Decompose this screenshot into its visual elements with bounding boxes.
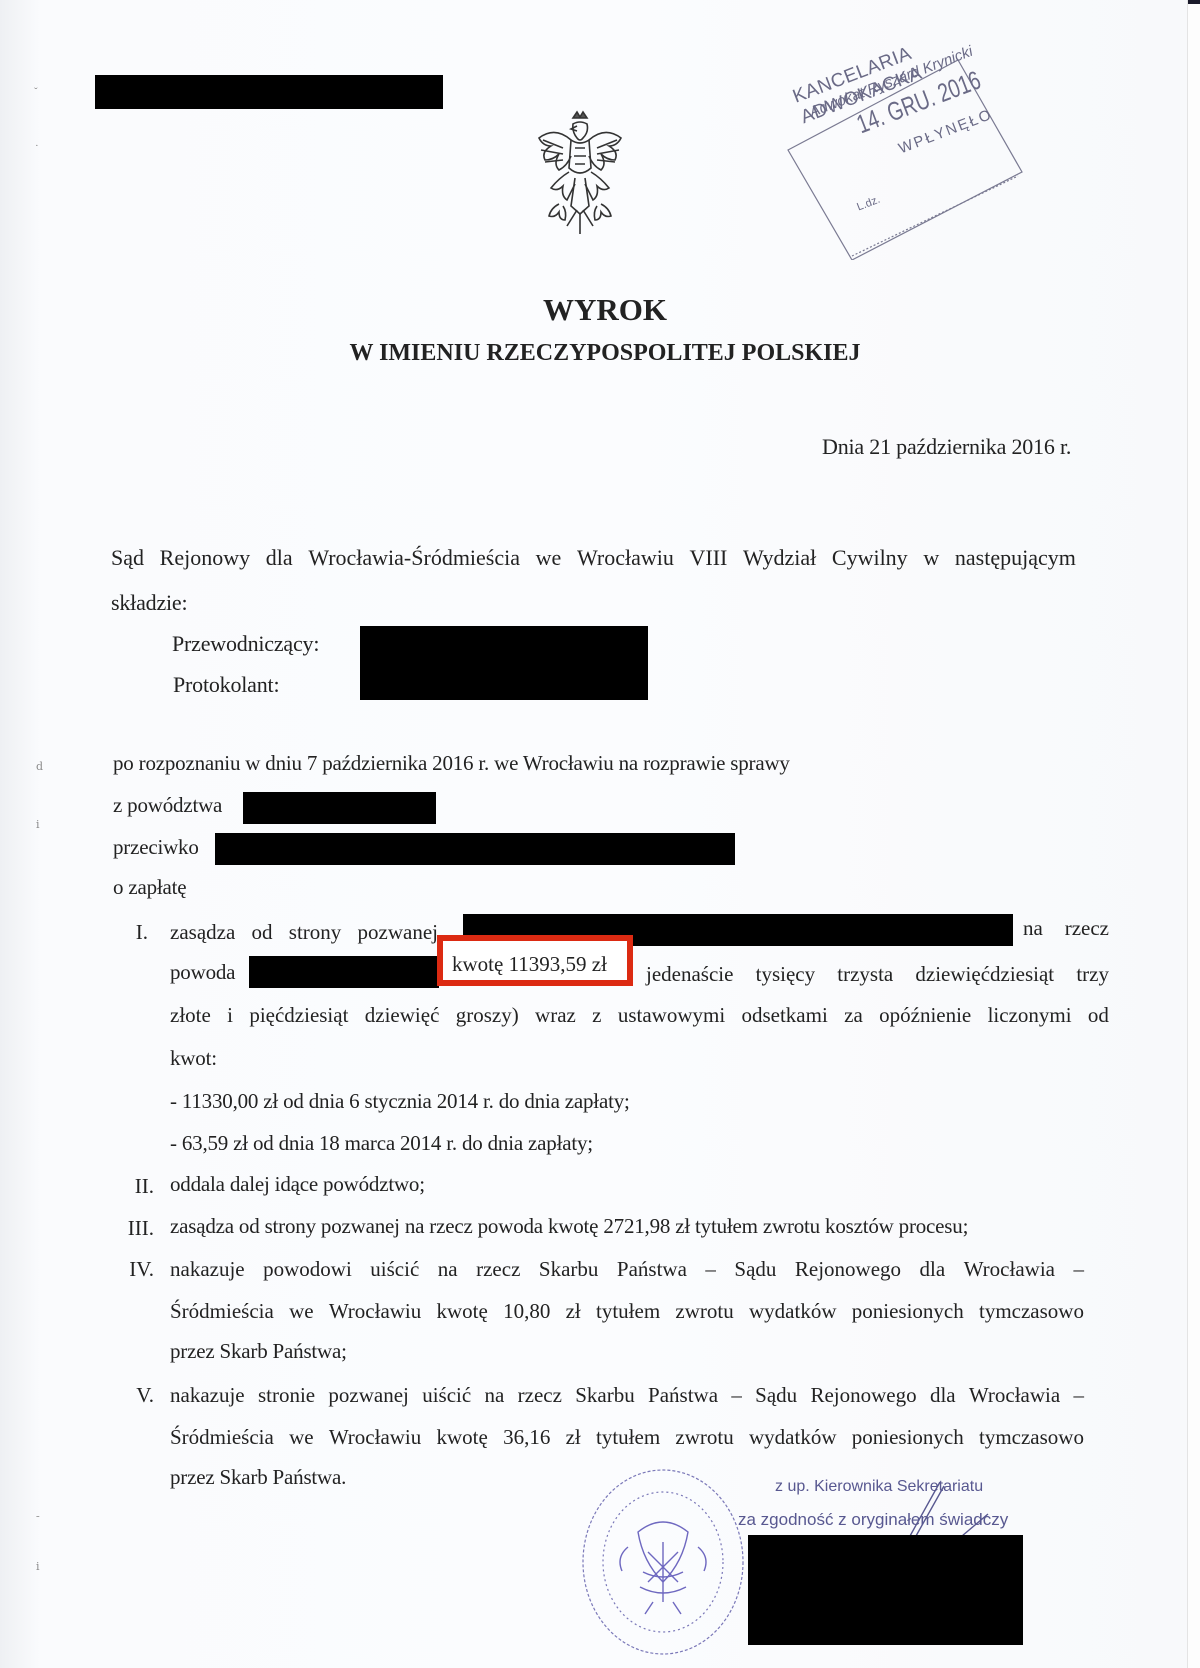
redacted-defendant-name bbox=[215, 833, 735, 865]
ruling-5-line-3: przez Skarb Państwa. bbox=[170, 1467, 346, 1488]
word: pięćdziesiąt bbox=[249, 1003, 348, 1028]
word: zasądza bbox=[170, 920, 235, 945]
word: kwotę bbox=[437, 1299, 488, 1324]
word: Sąd bbox=[111, 545, 144, 571]
word: na bbox=[1023, 916, 1043, 941]
court-seal-icon bbox=[578, 1462, 748, 1657]
word: Sądu bbox=[755, 1383, 797, 1408]
scan-speck: ⅾ bbox=[36, 760, 43, 773]
plaintiff-label: z powództwa bbox=[113, 795, 222, 816]
proceedings-description: po rozpoznaniu w dniu 7 października 201… bbox=[113, 753, 790, 774]
word: tytułem bbox=[596, 1299, 660, 1324]
awarded-amount: kwotę 11393,59 zł bbox=[452, 952, 607, 977]
signature-stroke-icon bbox=[900, 1478, 990, 1538]
word: zł bbox=[566, 1299, 581, 1324]
ruling-4-line-3: przez Skarb Państwa; bbox=[170, 1341, 347, 1362]
redacted-case-number bbox=[95, 75, 443, 109]
word: Skarbu bbox=[575, 1383, 635, 1408]
word: zwrotu bbox=[675, 1299, 733, 1324]
polish-eagle-emblem-icon bbox=[535, 110, 625, 240]
ruling-1-interest-item-2: - 63,59 zł od dnia 18 marca 2014 r. do d… bbox=[170, 1133, 593, 1154]
defendant-label: przeciwko bbox=[113, 837, 199, 858]
word: pozwanej bbox=[358, 920, 438, 945]
word: odsetkami bbox=[741, 1003, 827, 1028]
word: strony bbox=[289, 920, 342, 945]
word: dla bbox=[930, 1383, 956, 1408]
judgment-date: Dnia 21 października 2016 r. bbox=[822, 436, 1071, 458]
word: wydatków bbox=[749, 1299, 837, 1324]
word: Śródmieścia bbox=[170, 1299, 274, 1324]
word: we bbox=[536, 545, 562, 571]
word: zwrotu bbox=[675, 1425, 733, 1450]
word: – bbox=[731, 1383, 742, 1408]
ruling-1-line-1-end: narzecz bbox=[1023, 916, 1109, 941]
word: 10,80 bbox=[503, 1299, 550, 1324]
word: tymczasowo bbox=[979, 1299, 1084, 1324]
highlighted-awarded-amount: kwotę 11393,59 zł bbox=[437, 935, 633, 986]
word: za bbox=[844, 1003, 863, 1028]
ruling-1-amount-in-words: jedenaścietysięcytrzystadziewięćdziesiąt… bbox=[646, 962, 1109, 987]
scan-speck: ⅰ bbox=[36, 818, 40, 831]
word: nakazuje bbox=[170, 1383, 245, 1408]
scan-edge-dark bbox=[1188, 0, 1200, 4]
word: od bbox=[252, 920, 273, 945]
word: trzysta bbox=[837, 962, 893, 987]
word: na bbox=[484, 1383, 504, 1408]
word: – bbox=[1073, 1257, 1084, 1282]
ruling-3-text: zasądza od strony pozwanej na rzecz powo… bbox=[170, 1216, 968, 1237]
word: Rejonowy bbox=[160, 545, 250, 571]
word: Cywilny bbox=[832, 545, 908, 571]
word: dla bbox=[266, 545, 293, 571]
word: tymczasowo bbox=[979, 1425, 1084, 1450]
word: opóźnienie bbox=[879, 1003, 971, 1028]
word: uiścić bbox=[370, 1257, 419, 1282]
ruling-1-interest-item-1: - 11330,00 zł od dnia 6 stycznia 2014 r.… bbox=[170, 1091, 630, 1112]
word: złote bbox=[170, 1003, 211, 1028]
word: Wrocławiu bbox=[577, 545, 674, 571]
court-intro-line: SądRejonowydlaWrocławia-ŚródmieściaweWro… bbox=[111, 545, 1076, 571]
ruling-number-4: IV. bbox=[114, 1257, 154, 1282]
redacted-plaintiff-name bbox=[243, 792, 436, 824]
ruling-1-plaintiff-label: powoda bbox=[170, 962, 235, 983]
scan-speck: - bbox=[36, 1510, 40, 1522]
word: stronie bbox=[258, 1383, 315, 1408]
word: liczonymi bbox=[988, 1003, 1072, 1028]
redacted-clerk-signature bbox=[748, 1535, 1023, 1645]
word: tytułem bbox=[596, 1425, 660, 1450]
word: 36,16 bbox=[503, 1425, 550, 1450]
word: Skarbu bbox=[539, 1257, 599, 1282]
word: poniesionych bbox=[852, 1425, 964, 1450]
ruling-2-text: oddala dalej idące powództwo; bbox=[170, 1174, 425, 1195]
word: Państwa bbox=[617, 1257, 687, 1282]
ruling-5-line-1: nakazujestroniepozwanejuiścićnarzeczSkar… bbox=[170, 1383, 1084, 1408]
word: Wrocławia-Śródmieścia bbox=[308, 545, 520, 571]
redacted-judge-and-clerk-names bbox=[360, 626, 648, 700]
ruling-1-interest-line: złoteipięćdziesiątdziewięćgroszy)wrazzus… bbox=[170, 1003, 1109, 1028]
court-clerk-label: Protokolant: bbox=[173, 674, 279, 696]
word: Wydział bbox=[743, 545, 816, 571]
document-subtitle: W IMIENIU RZECZYPOSPOLITEJ POLSKIEJ bbox=[0, 340, 1200, 367]
scan-speck: ˇ bbox=[34, 86, 38, 98]
word: Rejonowego bbox=[810, 1383, 916, 1408]
ruling-4-line-2: ŚródmieściaweWrocławiukwotę10,80złtytułe… bbox=[170, 1299, 1084, 1324]
word: z bbox=[592, 1003, 601, 1028]
ruling-number-1: I. bbox=[108, 920, 148, 945]
scan-edge bbox=[1187, 0, 1200, 1668]
word: we bbox=[289, 1299, 314, 1324]
word: zł bbox=[566, 1425, 581, 1450]
word: Sądu bbox=[734, 1257, 776, 1282]
word: następującym bbox=[955, 545, 1076, 571]
word: – bbox=[1074, 1383, 1085, 1408]
word: groszy) bbox=[456, 1003, 519, 1028]
word: na bbox=[438, 1257, 458, 1282]
word: nakazuje bbox=[170, 1257, 245, 1282]
ruling-1-line-1-start: zasądzaodstronypozwanej bbox=[170, 920, 438, 945]
scan-speck: · bbox=[35, 140, 39, 152]
word: tysięcy bbox=[756, 962, 815, 987]
word: ustawowymi bbox=[618, 1003, 725, 1028]
scan-speck: ⅰ bbox=[36, 1560, 40, 1573]
word: kwotę bbox=[437, 1425, 488, 1450]
word: – bbox=[705, 1257, 716, 1282]
word: VIII bbox=[690, 545, 728, 571]
ruling-4-line-1: nakazujepowodowiuiścićnarzeczSkarbuPańst… bbox=[170, 1257, 1084, 1282]
presiding-judge-label: Przewodniczący: bbox=[172, 633, 319, 655]
word: we bbox=[289, 1425, 314, 1450]
word: poniesionych bbox=[852, 1299, 964, 1324]
word: trzy bbox=[1076, 962, 1109, 987]
word: i bbox=[227, 1003, 233, 1028]
word: rzecz bbox=[476, 1257, 520, 1282]
word: Wrocławiu bbox=[329, 1425, 421, 1450]
word: Państwa bbox=[648, 1383, 718, 1408]
word: w bbox=[923, 545, 939, 571]
word: Wrocławia bbox=[964, 1257, 1055, 1282]
word: Wrocławiu bbox=[329, 1299, 421, 1324]
ruling-5-line-2: ŚródmieściaweWrocławiukwotę36,16złtytułe… bbox=[170, 1425, 1084, 1450]
ruling-number-5: V. bbox=[114, 1383, 154, 1408]
stamp-ldz-label: L.dz. bbox=[855, 194, 882, 214]
word: Rejonowego bbox=[795, 1257, 901, 1282]
document-title: WYROK bbox=[0, 292, 1200, 328]
word: dla bbox=[920, 1257, 946, 1282]
ruling-1-amounts-label: kwot: bbox=[170, 1048, 217, 1069]
word: Wrocławia bbox=[969, 1383, 1060, 1408]
court-intro-continuation: składzie: bbox=[111, 592, 187, 614]
word: wraz bbox=[535, 1003, 576, 1028]
ruling-number-2: II. bbox=[114, 1174, 154, 1199]
word: Śródmieścia bbox=[170, 1425, 274, 1450]
redacted-plaintiff-name-ruling bbox=[249, 956, 439, 988]
word: pozwanej bbox=[328, 1383, 408, 1408]
word: powodowi bbox=[263, 1257, 352, 1282]
word: dziewięć bbox=[365, 1003, 440, 1028]
word: uiścić bbox=[422, 1383, 471, 1408]
word: rzecz bbox=[1065, 916, 1109, 941]
case-subject: o zapłatę bbox=[113, 877, 186, 898]
word: jedenaście bbox=[646, 962, 733, 987]
word: wydatków bbox=[749, 1425, 837, 1450]
word: od bbox=[1088, 1003, 1109, 1028]
ruling-number-3: III. bbox=[114, 1216, 154, 1241]
word: dziewięćdziesiąt bbox=[915, 962, 1054, 987]
word: rzecz bbox=[518, 1383, 562, 1408]
